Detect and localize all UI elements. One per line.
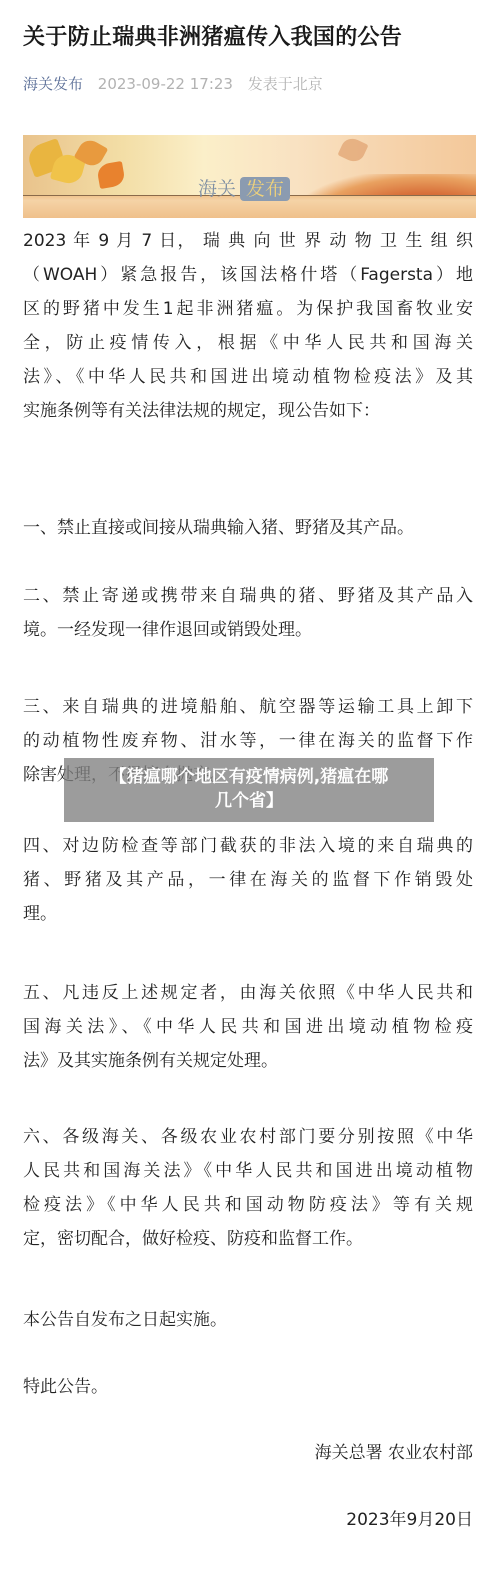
- article-meta: 海关发布 2023-09-22 17:23 发表于北京: [23, 72, 323, 96]
- leaf-decoration-icon: [337, 135, 368, 165]
- publish-time: 2023-09-22 17:23: [98, 75, 233, 93]
- article-title: 关于防止瑞典非洲猪瘟传入我国的公告: [23, 22, 483, 54]
- paragraph-line: 五、凡违反上述规定者，由海关依照《中华人民共和: [23, 976, 473, 1010]
- paragraph-item-2: 二、禁止寄递或携带来自瑞典的猪、野猪及其产品入 境。一经发现一律作退回或销毁处理…: [23, 579, 473, 647]
- paragraph-line: 人民共和国海关法》《中华人民共和国进出境动植物: [23, 1154, 473, 1188]
- signature: 海关总署 农业农村部: [315, 1436, 473, 1470]
- paragraph-line: 实施条例等有关法律法规的规定，现公告如下：: [23, 394, 473, 428]
- paragraph-line: 全，防止疫情传入，根据《中华人民共和国海关: [23, 326, 473, 360]
- paragraph-line: 猪、野猪及其产品，一律在海关的监督下作销毁处: [23, 863, 473, 897]
- paragraph-line: 特此公告。: [23, 1370, 473, 1404]
- paragraph-line: （WOAH）紧急报告，该国法格什塔（Fagersta）地: [23, 258, 473, 292]
- paragraph-line: 六、各级海关、各级农业农村部门要分别按照《中华: [23, 1120, 473, 1154]
- paragraph-item-4: 四、对边防检查等部门截获的非法入境的来自瑞典的 猪、野猪及其产品，一律在海关的监…: [23, 829, 473, 931]
- caption-line-1: 【猪瘟哪个地区有疫情病例,猪瘟在哪: [64, 765, 434, 789]
- banner-logo: 海关发布: [198, 177, 290, 201]
- caption-overlay: 【猪瘟哪个地区有疫情病例,猪瘟在哪 几个省】: [64, 758, 434, 822]
- paragraph-line: 本公告自发布之日起实施。: [23, 1303, 473, 1337]
- paragraph-line: 境。一经发现一律作退回或销毁处理。: [23, 613, 473, 647]
- paragraph-line: 区的野猪中发生1起非洲猪瘟。为保护我国畜牧业安: [23, 292, 473, 326]
- paragraph-line: 理。: [23, 897, 473, 931]
- header-banner-image: 海关发布: [23, 135, 476, 218]
- author-link[interactable]: 海关发布: [23, 75, 83, 93]
- paragraph-closing: 特此公告。: [23, 1370, 473, 1404]
- paragraph-item-6: 六、各级海关、各级农业农村部门要分别按照《中华 人民共和国海关法》《中华人民共和…: [23, 1120, 473, 1256]
- leaf-decoration-icon: [96, 161, 126, 189]
- paragraph-item-1: 一、禁止直接或间接从瑞典输入猪、野猪及其产品。: [23, 511, 473, 545]
- paragraph-line: 四、对边防检查等部门截获的非法入境的来自瑞典的: [23, 829, 473, 863]
- publish-location: 发表于北京: [248, 75, 323, 93]
- paragraph-line: 的动植物性废弃物、泔水等，一律在海关的监督下作: [23, 724, 473, 758]
- paragraph-line: 检疫法》《中华人民共和国动物防疫法》等有关规: [23, 1188, 473, 1222]
- paragraph-line: 国海关法》、《中华人民共和国进出境动植物检疫: [23, 1010, 473, 1044]
- paragraph-line: 法》及其实施条例有关规定处理。: [23, 1044, 473, 1078]
- sign-date: 2023年9月20日: [346, 1503, 473, 1537]
- caption-line-2: 几个省】: [64, 789, 434, 813]
- banner-logo-right: 发布: [240, 177, 290, 201]
- paragraph-effective: 本公告自发布之日起实施。: [23, 1303, 473, 1337]
- paragraph-line: 2023 年 9 月 7 日， 瑞 典 向 世 界 动 物 卫 生 组 织: [23, 224, 473, 258]
- paragraph-item-5: 五、凡违反上述规定者，由海关依照《中华人民共和 国海关法》、《中华人民共和国进出…: [23, 976, 473, 1078]
- paragraph-line: 法》、《中华人民共和国进出境动植物检疫法》及其: [23, 360, 473, 394]
- paragraph-line: 三、来自瑞典的进境船舶、航空器等运输工具上卸下: [23, 690, 473, 724]
- paragraph-intro: 2023 年 9 月 7 日， 瑞 典 向 世 界 动 物 卫 生 组 织 （W…: [23, 224, 473, 428]
- paragraph-line: 二、禁止寄递或携带来自瑞典的猪、野猪及其产品入: [23, 579, 473, 613]
- paragraph-line: 一、禁止直接或间接从瑞典输入猪、野猪及其产品。: [23, 511, 473, 545]
- paragraph-line: 定，密切配合，做好检疫、防疫和监督工作。: [23, 1222, 473, 1256]
- banner-logo-left: 海关: [198, 178, 236, 200]
